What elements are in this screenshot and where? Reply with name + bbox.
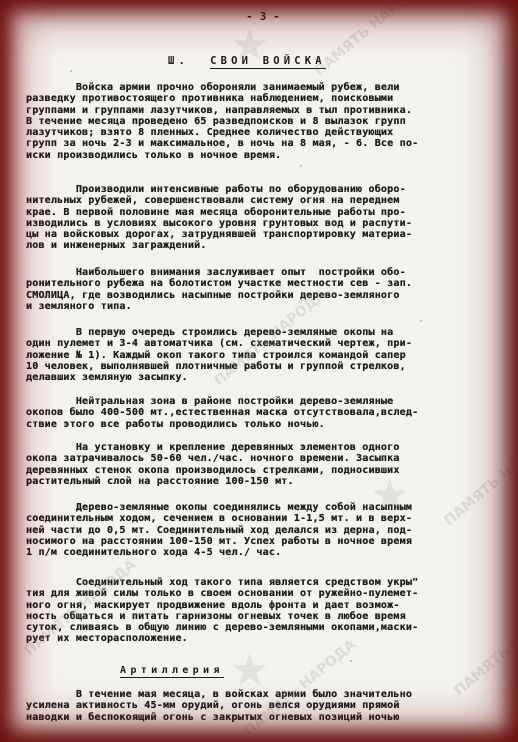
text-line: В течение месяца проведено 65 разведпоис… [26, 116, 500, 127]
text-line: ней части до 0,5 мт. Соединительный ход … [26, 525, 500, 536]
text-line: ного огня, маскирует продвижение вдоль ф… [26, 600, 500, 611]
document-page: - 3 - Ш. СВОИ ВОЙСКА Войска армии прочно… [26, 0, 500, 742]
text-line: один пулемет и 3-4 автоматчика (см. схем… [26, 338, 500, 349]
paragraph-connecting-passage: Дерево-земляные окопы соединялись между … [26, 502, 500, 558]
text-line: ложение № 1). Каждый окоп такого типа ст… [26, 350, 500, 361]
text-line: 1 п/м соединительного хода 4-5 чел./ час… [26, 547, 500, 558]
paragraph-artillery: В течение мая месяца, в войсках армии бы… [26, 689, 500, 723]
subsection-title-artillery: Артиллерия [120, 665, 224, 678]
text-line: иски производились только в ночное время… [26, 150, 500, 161]
text-line: Соединительный ход такого типа является … [26, 577, 500, 588]
text-line: цы на войсковых дорогах, затруднявшей тр… [26, 229, 500, 240]
text-line: лов и инженерных заграждений. [26, 240, 500, 251]
text-line: СМОЛИЦА, где возводились насыпные постро… [26, 290, 500, 301]
text-line: Производили интенсивные работы по оборуд… [26, 184, 500, 195]
text-line: 10 человек, выполнявшей плотничные работ… [26, 361, 500, 372]
text-line: соединительным ходом, сечением в основан… [26, 513, 500, 524]
text-line: растительный слой на расстояние 100-150 … [26, 476, 500, 487]
text-line: окопов было 400-500 мт.,естественная мас… [26, 407, 500, 418]
text-line: Дерево-земляные окопы соединялись между … [26, 502, 500, 513]
section-title-text: СВОИ ВОЙСКА [210, 55, 326, 69]
paragraph-passage-purpose: Соединительный ход такого типа является … [26, 577, 500, 645]
text-line: В первую очередь строились дерево-землян… [26, 327, 500, 338]
paragraph-trenches: В первую очередь строились дерево-землян… [26, 327, 500, 383]
text-line: усилена активность 45-мм орудий, огонь в… [26, 700, 500, 711]
paragraph-reconnaissance: Войска армии прочно обороняли занимаемый… [26, 82, 500, 161]
text-line: суток, сливаясь в общую линию с дерево-з… [26, 622, 500, 633]
paragraph-defensive-works: Производили интенсивные работы по оборуд… [26, 184, 500, 252]
text-line: и земляного типа. [26, 301, 500, 312]
text-line: Войска армии прочно обороняли занимаемый… [26, 82, 500, 93]
text-line: ронительного рубежа на болотистом участк… [26, 278, 500, 289]
text-line: На установку и крепление деревянных элем… [26, 442, 500, 453]
text-line: ность общаться и питать гарнизоны огневы… [26, 611, 500, 622]
text-line: В течение мая месяца, в войсках армии бы… [26, 689, 500, 700]
text-line: тия для живой силы только в своем основа… [26, 588, 500, 599]
text-line: ствие этого все работы проводились тольк… [26, 419, 500, 430]
text-line: окопа затрачивалось 50-60 чел./час. ночн… [26, 453, 500, 464]
text-line: наводки и беспокоящий огонь с закрытых о… [26, 712, 500, 723]
text-line: разведку противостоящего противника набл… [26, 93, 500, 104]
page-number: - 3 - [26, 11, 500, 22]
text-line: Нейтральная зона в районе постройки дере… [26, 396, 500, 407]
text-line: делавших земляную засыпку. [26, 372, 500, 383]
text-line: групп за ночь 2-3 и максимальное, в ночь… [26, 138, 500, 149]
paragraph-swamp-experience: Наибольшего внимания заслуживает опыт по… [26, 267, 500, 312]
text-line: группами и группами лазутчиков, направля… [26, 105, 500, 116]
text-line: Наибольшего внимания заслуживает опыт по… [26, 267, 500, 278]
text-line: изводились в условиях высокого уровня гр… [26, 218, 500, 229]
text-line: крае. В первой половине мая месяца оборо… [26, 207, 500, 218]
paragraph-neutral-zone: Нейтральная зона в районе постройки дере… [26, 396, 500, 430]
text-line: лазутчиков; взято 8 пленных. Среднее кол… [26, 127, 500, 138]
text-line: рует их месторасположение. [26, 633, 500, 644]
section-title: Ш. СВОИ ВОЙСКА [168, 56, 326, 67]
text-line: деревянных стенок окопа производилось ст… [26, 465, 500, 476]
paragraph-installation: На установку и крепление деревянных элем… [26, 442, 500, 487]
text-line: носимого на расстоянии 100-150 мт. Успех… [26, 536, 500, 547]
text-line: нительных рубежей, совершенствовали сист… [26, 195, 500, 206]
section-numeral: Ш. [168, 55, 189, 67]
document-frame: - 3 - Ш. СВОИ ВОЙСКА Войска армии прочно… [0, 0, 518, 742]
